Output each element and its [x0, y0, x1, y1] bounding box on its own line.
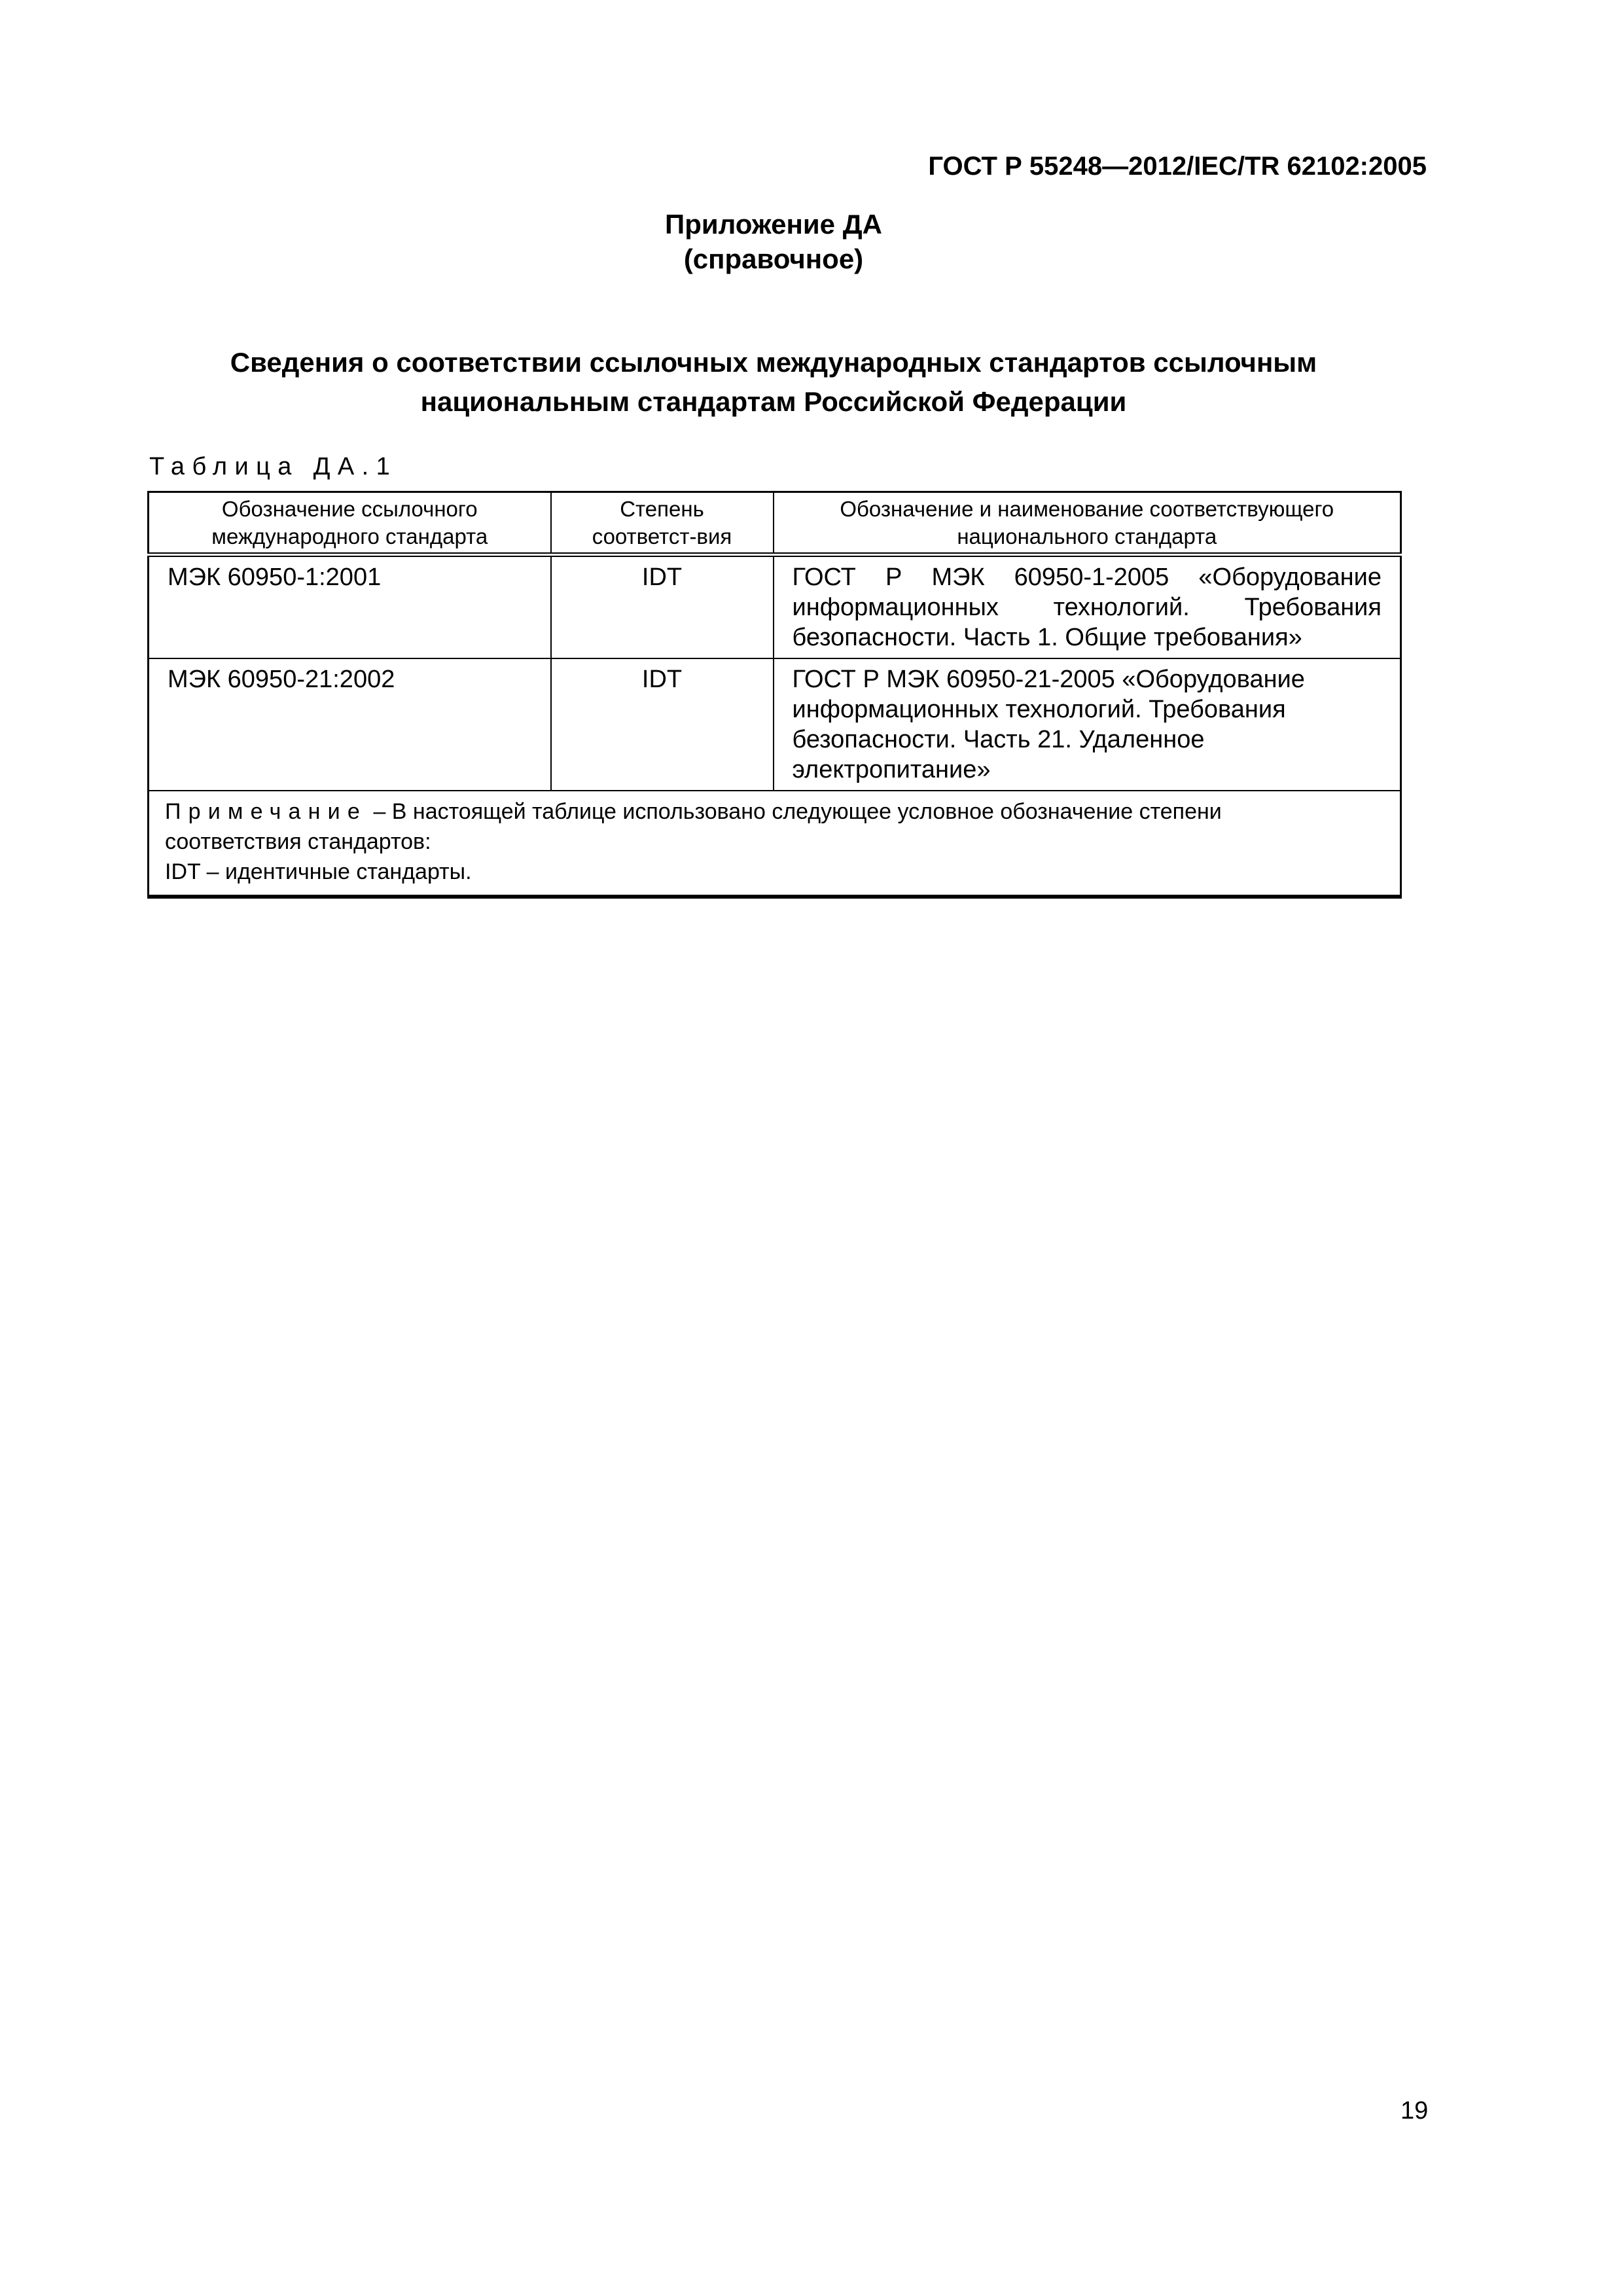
note-label: Примечание: [165, 799, 367, 824]
cell-international-standard: МЭК 60950-1:2001: [149, 555, 551, 659]
document-page: ГОСТ Р 55248—2012/IEC/TR 62102:2005 Прил…: [0, 0, 1623, 2296]
cell-degree: IDT: [551, 658, 774, 791]
table-row: МЭК 60950-1:2001 IDT ГОСТ Р МЭК 60950-1-…: [149, 555, 1401, 659]
column-header-national-standard: Обозначение и наименование соответствующ…: [774, 492, 1401, 555]
doc-code: ГОСТ Р 55248—2012/IEC/TR 62102:2005: [928, 152, 1427, 181]
cell-degree: IDT: [551, 555, 774, 659]
table-label: Таблица ДА.1: [149, 453, 397, 481]
standards-correspondence-table: Обозначение ссылочного международного ст…: [147, 491, 1402, 899]
table-note-cell: Примечание – В настоящей таблице использ…: [149, 791, 1401, 897]
column-header-degree-of-correspondence: Степень соответст-вия: [551, 492, 774, 555]
appendix-title: Приложение ДА: [147, 207, 1400, 242]
cell-national-standard: ГОСТ Р МЭК 60950-21-2005 «Оборудование и…: [774, 658, 1401, 791]
note-paragraph: Примечание – В настоящей таблице использ…: [165, 797, 1323, 857]
section-title-line2: национальным стандартам Российской Федер…: [147, 382, 1400, 422]
section-title: Сведения о соответствии ссылочных междун…: [147, 343, 1400, 422]
section-title-line1: Сведения о соответствии ссылочных междун…: [147, 343, 1400, 382]
table-row: МЭК 60950-21:2002 IDT ГОСТ Р МЭК 60950-2…: [149, 658, 1401, 791]
page-number: 19: [1400, 2097, 1428, 2125]
column-header-international-standard: Обозначение ссылочного международного ст…: [149, 492, 551, 555]
cell-national-standard: ГОСТ Р МЭК 60950-1-2005 «Оборудование ин…: [774, 555, 1401, 659]
appendix-subtitle: (справочное): [147, 242, 1400, 276]
table-header-row: Обозначение ссылочного международного ст…: [149, 492, 1401, 555]
cell-international-standard: МЭК 60950-21:2002: [149, 658, 551, 791]
note-idt-definition: IDT – идентичные стандарты.: [165, 857, 1384, 887]
appendix-heading: Приложение ДА (справочное): [147, 207, 1400, 276]
table-note-row: Примечание – В настоящей таблице использ…: [149, 791, 1401, 897]
